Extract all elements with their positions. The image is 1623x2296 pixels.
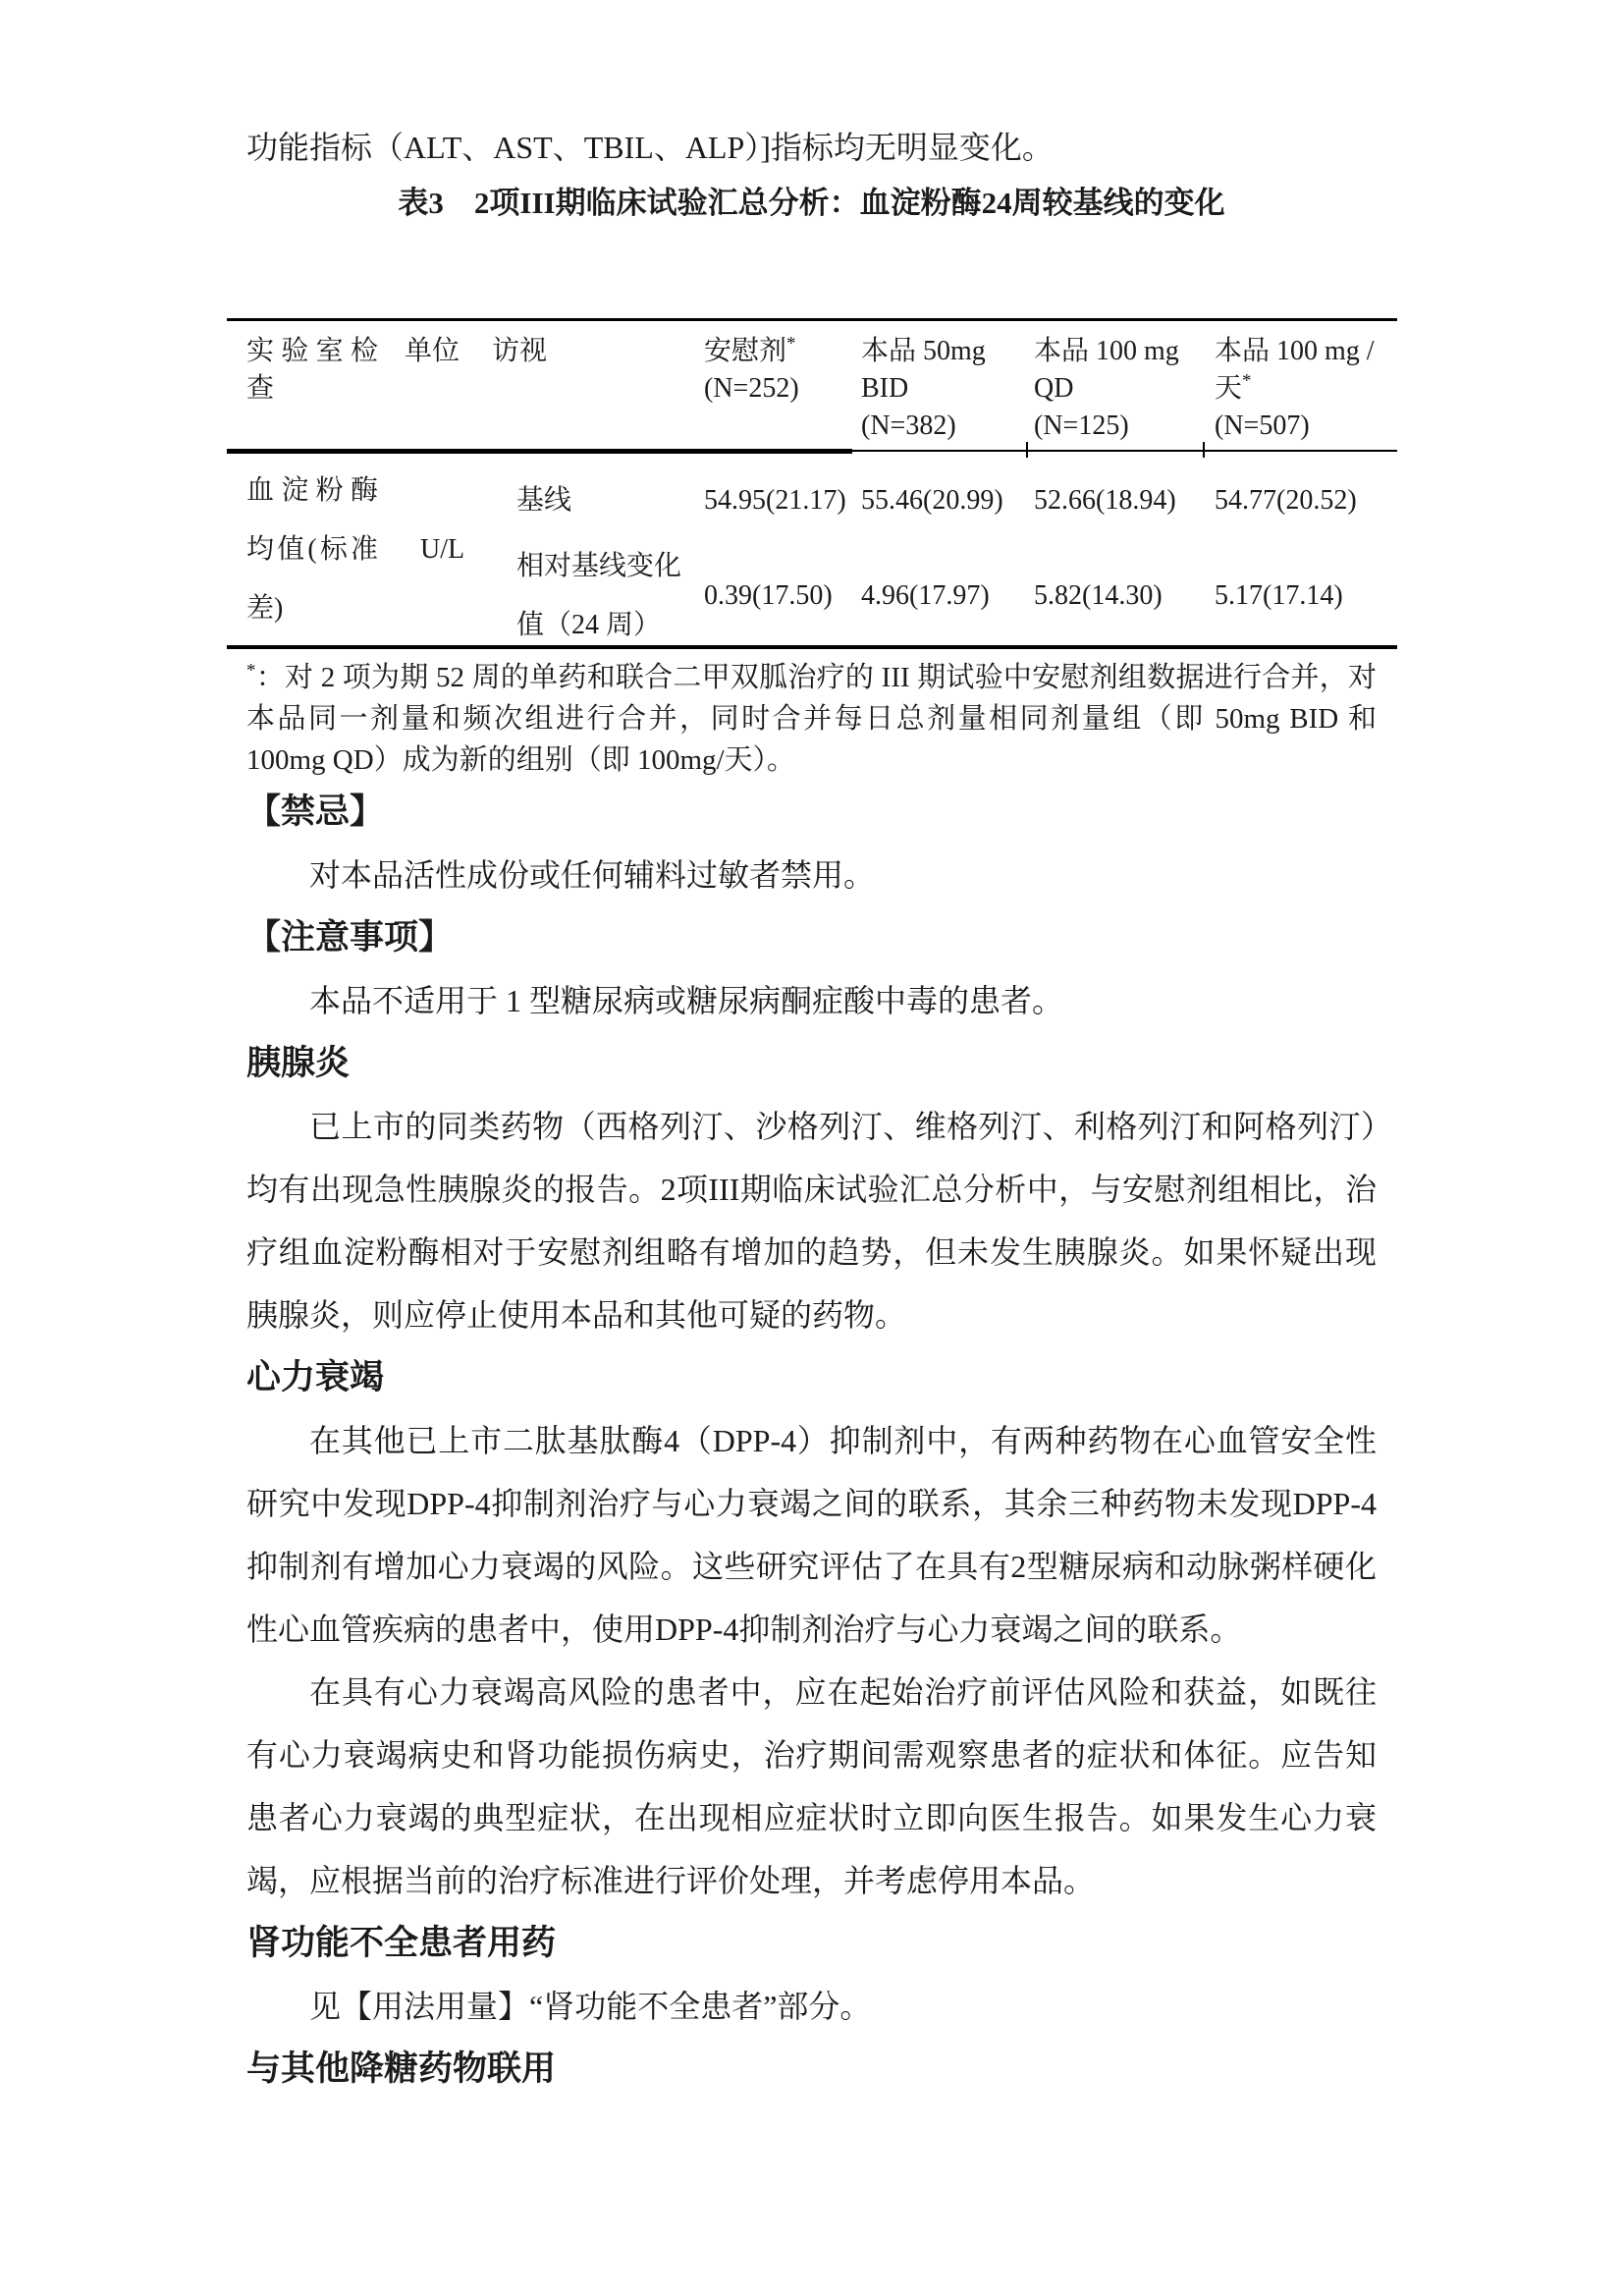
value-change-placebo: 0.39(17.50) (687, 547, 852, 645)
table-footnote: *：对 2 项为期 52 周的单药和联合二甲双胍治疗的 III 期试验中安慰剂组… (246, 657, 1377, 781)
value-baseline-100mg-qd: 52.66(18.94) (1026, 454, 1203, 547)
document-sections: 【禁忌】 对本品活性成份或任何辅料过敏者禁用。 【注意事项】 本品不适用于 1 … (246, 781, 1377, 2101)
paragraph-pancreatitis: 已上市的同类药物（西格列汀、沙格列汀、维格列汀、利格列汀和阿格列汀）均有出现急性… (246, 1095, 1377, 1346)
unit-cell: U/L (393, 454, 481, 645)
col-header-50mg-bid: 本品 50mg BID (N=382) (852, 333, 1026, 449)
table-title: 表3 2项III期临床试验汇总分析：血淀粉酶24周较基线的变化 (246, 181, 1377, 226)
paragraph-precautions: 本品不适用于 1 型糖尿病或糖尿病酮症酸中毒的患者。 (246, 969, 1377, 1032)
column-tick-mark (1203, 442, 1205, 458)
paragraph-contraindication: 对本品活性成份或任何辅料过敏者禁用。 (246, 844, 1377, 906)
col-header-unit: 单位 (393, 333, 481, 449)
col-header-100mg-qd-n: (N=125) (1034, 408, 1203, 445)
col-header-100mg-day-n: (N=507) (1215, 408, 1397, 445)
header-separator-rule (227, 449, 1397, 454)
subsection-heading-heart-failure: 心力衰竭 (246, 1346, 1377, 1409)
section-heading-contraindication: 【禁忌】 (246, 781, 1377, 844)
document-page: 功能指标（ALT、AST、TBIL、ALP）]指标均无明显变化。 表3 2项II… (0, 0, 1623, 2101)
value-change-100mg-day: 5.17(17.14) (1203, 547, 1397, 645)
value-change-50mg-bid: 4.96(17.97) (852, 547, 1026, 645)
subsection-heading-combination-therapy: 与其他降糖药物联用 (246, 2038, 1377, 2101)
col-header-placebo-n: (N=252) (704, 370, 852, 408)
subsection-heading-pancreatitis: 胰腺炎 (246, 1032, 1377, 1095)
visit-cell-change-from-baseline: 相对基线变化值（24 周） (481, 547, 687, 645)
visit-cell-baseline: 基线 (481, 454, 687, 547)
footnote-marker: * (246, 660, 256, 681)
intro-paragraph: 功能指标（ALT、AST、TBIL、ALP）]指标均无明显变化。 (246, 116, 1377, 179)
subsection-heading-renal-impairment: 肾功能不全患者用药 (246, 1912, 1377, 1975)
value-baseline-50mg-bid: 55.46(20.99) (852, 454, 1026, 547)
table-header-row: 实验室检查 单位 访视 安慰剂* (N=252) 本品 50mg BID (N=… (227, 321, 1397, 449)
value-baseline-placebo: 54.95(21.17) (687, 454, 852, 547)
paragraph-renal-impairment: 见【用法用量】“肾功能不全患者”部分。 (246, 1975, 1377, 2038)
column-tick-mark (1026, 442, 1028, 458)
footnote-marker: * (1242, 371, 1252, 392)
clinical-trial-table: 实验室检查 单位 访视 安慰剂* (N=252) 本品 50mg BID (N=… (227, 318, 1397, 649)
footnote-marker: * (786, 334, 796, 355)
table-body: 血淀粉酶均值(标准差) U/L 基线 54.95(21.17) 55.46(20… (227, 454, 1397, 645)
separator-thick-segment (227, 449, 852, 454)
row-label-amylase: 血淀粉酶均值(标准差) (227, 454, 393, 645)
paragraph-heart-failure-1: 在其他已上市二肽基肽酶4（DPP-4）抑制剂中，有两种药物在心血管安全性研究中发… (246, 1409, 1377, 1661)
section-heading-precautions: 【注意事项】 (246, 906, 1377, 969)
col-header-100mg-qd: 本品 100 mg QD (N=125) (1026, 333, 1203, 449)
col-header-placebo: 安慰剂* (N=252) (687, 333, 852, 449)
value-change-100mg-qd: 5.82(14.30) (1026, 547, 1203, 645)
separator-thin-segment (852, 450, 1397, 452)
col-header-visit: 访视 (481, 333, 687, 449)
col-header-100mg-day: 本品 100 mg / 天* (N=507) (1203, 333, 1397, 449)
paragraph-heart-failure-2: 在具有心力衰竭高风险的患者中，应在起始治疗前评估风险和获益，如既往有心力衰竭病史… (246, 1661, 1377, 1912)
value-baseline-100mg-day: 54.77(20.52) (1203, 454, 1397, 547)
col-header-50mg-n: (N=382) (861, 408, 1026, 445)
col-header-lab-test: 实验室检查 (227, 333, 393, 449)
